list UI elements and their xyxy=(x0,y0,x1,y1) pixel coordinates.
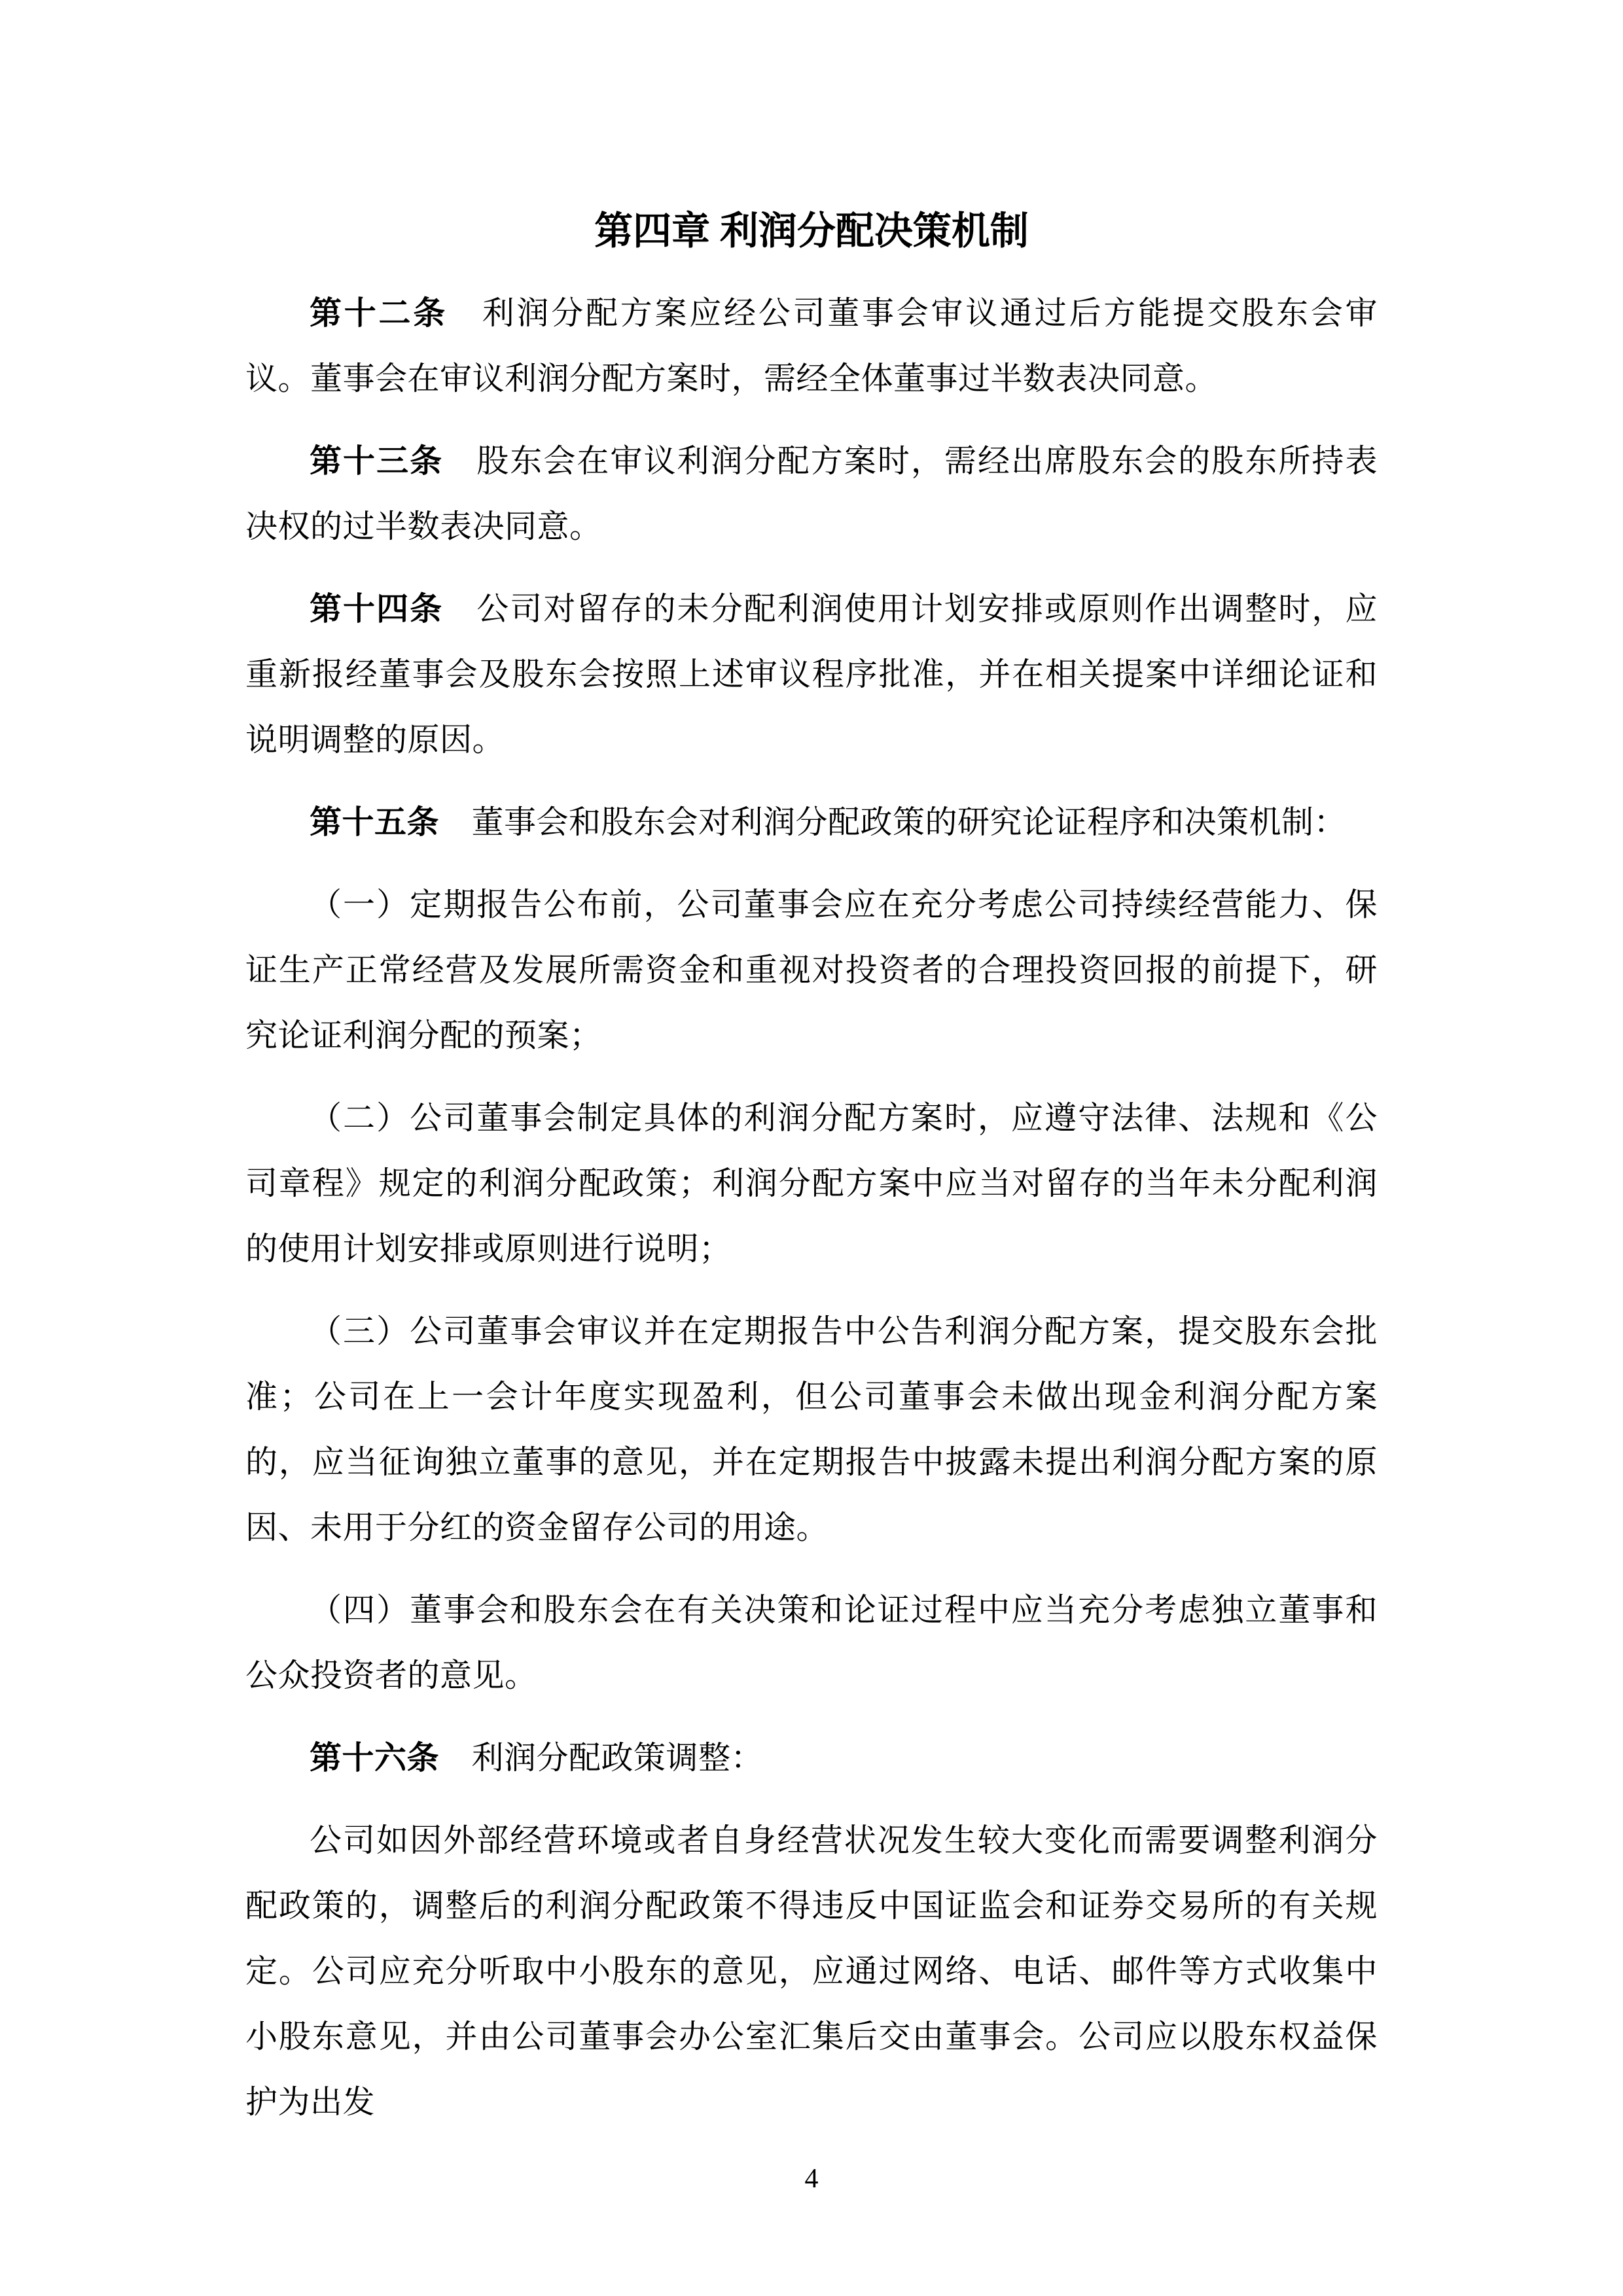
paragraph-text: （一）定期报告公布前，公司董事会应在充分考虑公司持续经营能力、保证生产正常经营及… xyxy=(245,887,1378,1053)
paragraph-item-2: （二）公司董事会制定具体的利润分配方案时，应遵守法律、法规和《公司章程》规定的利… xyxy=(245,1086,1378,1282)
paragraph-text: 董事会和股东会对利润分配政策的研究论证程序和决策机制： xyxy=(439,804,1346,840)
paragraph-body: 公司如因外部经营环境或者自身经营状况发生较大变化而需要调整利润分配政策的，调整后… xyxy=(245,1808,1378,2135)
document-page: 第四章 利润分配决策机制 第十二条 利润分配方案应经公司董事会审议通过后方能提交… xyxy=(0,0,1623,2296)
article-number: 第十五条 xyxy=(310,804,439,840)
paragraph-item-4: （四）董事会和股东会在有关决策和论证过程中应当充分考虑独立董事和公众投资者的意见… xyxy=(245,1578,1378,1708)
paragraph-text: （四）董事会和股东会在有关决策和论证过程中应当充分考虑独立董事和公众投资者的意见… xyxy=(245,1592,1378,1693)
paragraph-text: （三）公司董事会审议并在定期报告中公告利润分配方案，提交股东会批准；公司在上一会… xyxy=(245,1313,1378,1545)
article-number: 第十六条 xyxy=(310,1740,439,1776)
article-number: 第十三条 xyxy=(310,443,443,479)
paragraph-text: 公司如因外部经营环境或者自身经营状况发生较大变化而需要调整利润分配政策的，调整后… xyxy=(245,1822,1378,2120)
article-number: 第十四条 xyxy=(310,591,443,627)
paragraph-article-16: 第十六条 利润分配政策调整： xyxy=(245,1725,1378,1791)
chapter-title: 第四章 利润分配决策机制 xyxy=(245,198,1378,264)
paragraph-item-1: （一）定期报告公布前，公司董事会应在充分考虑公司持续经营能力、保证生产正常经营及… xyxy=(245,872,1378,1069)
page-number: 4 xyxy=(0,2159,1623,2199)
paragraph-article-15: 第十五条 董事会和股东会对利润分配政策的研究论证程序和决策机制： xyxy=(245,790,1378,855)
paragraph-text: 利润分配政策调整： xyxy=(439,1740,763,1776)
paragraph-article-14: 第十四条 公司对留存的未分配利润使用计划安排或原则作出调整时，应重新报经董事会及… xyxy=(245,576,1378,773)
document-content: 第四章 利润分配决策机制 第十二条 利润分配方案应经公司董事会审议通过后方能提交… xyxy=(245,198,1378,2135)
paragraph-item-3: （三）公司董事会审议并在定期报告中公告利润分配方案，提交股东会批准；公司在上一会… xyxy=(245,1299,1378,1561)
paragraph-text: （二）公司董事会制定具体的利润分配方案时，应遵守法律、法规和《公司章程》规定的利… xyxy=(245,1100,1378,1267)
paragraph-article-13: 第十三条 股东会在审议利润分配方案时，需经出席股东会的股东所持表决权的过半数表决… xyxy=(245,429,1378,559)
article-number: 第十二条 xyxy=(310,295,448,331)
paragraph-article-12: 第十二条 利润分配方案应经公司董事会审议通过后方能提交股东会审议。董事会在审议利… xyxy=(245,281,1378,412)
